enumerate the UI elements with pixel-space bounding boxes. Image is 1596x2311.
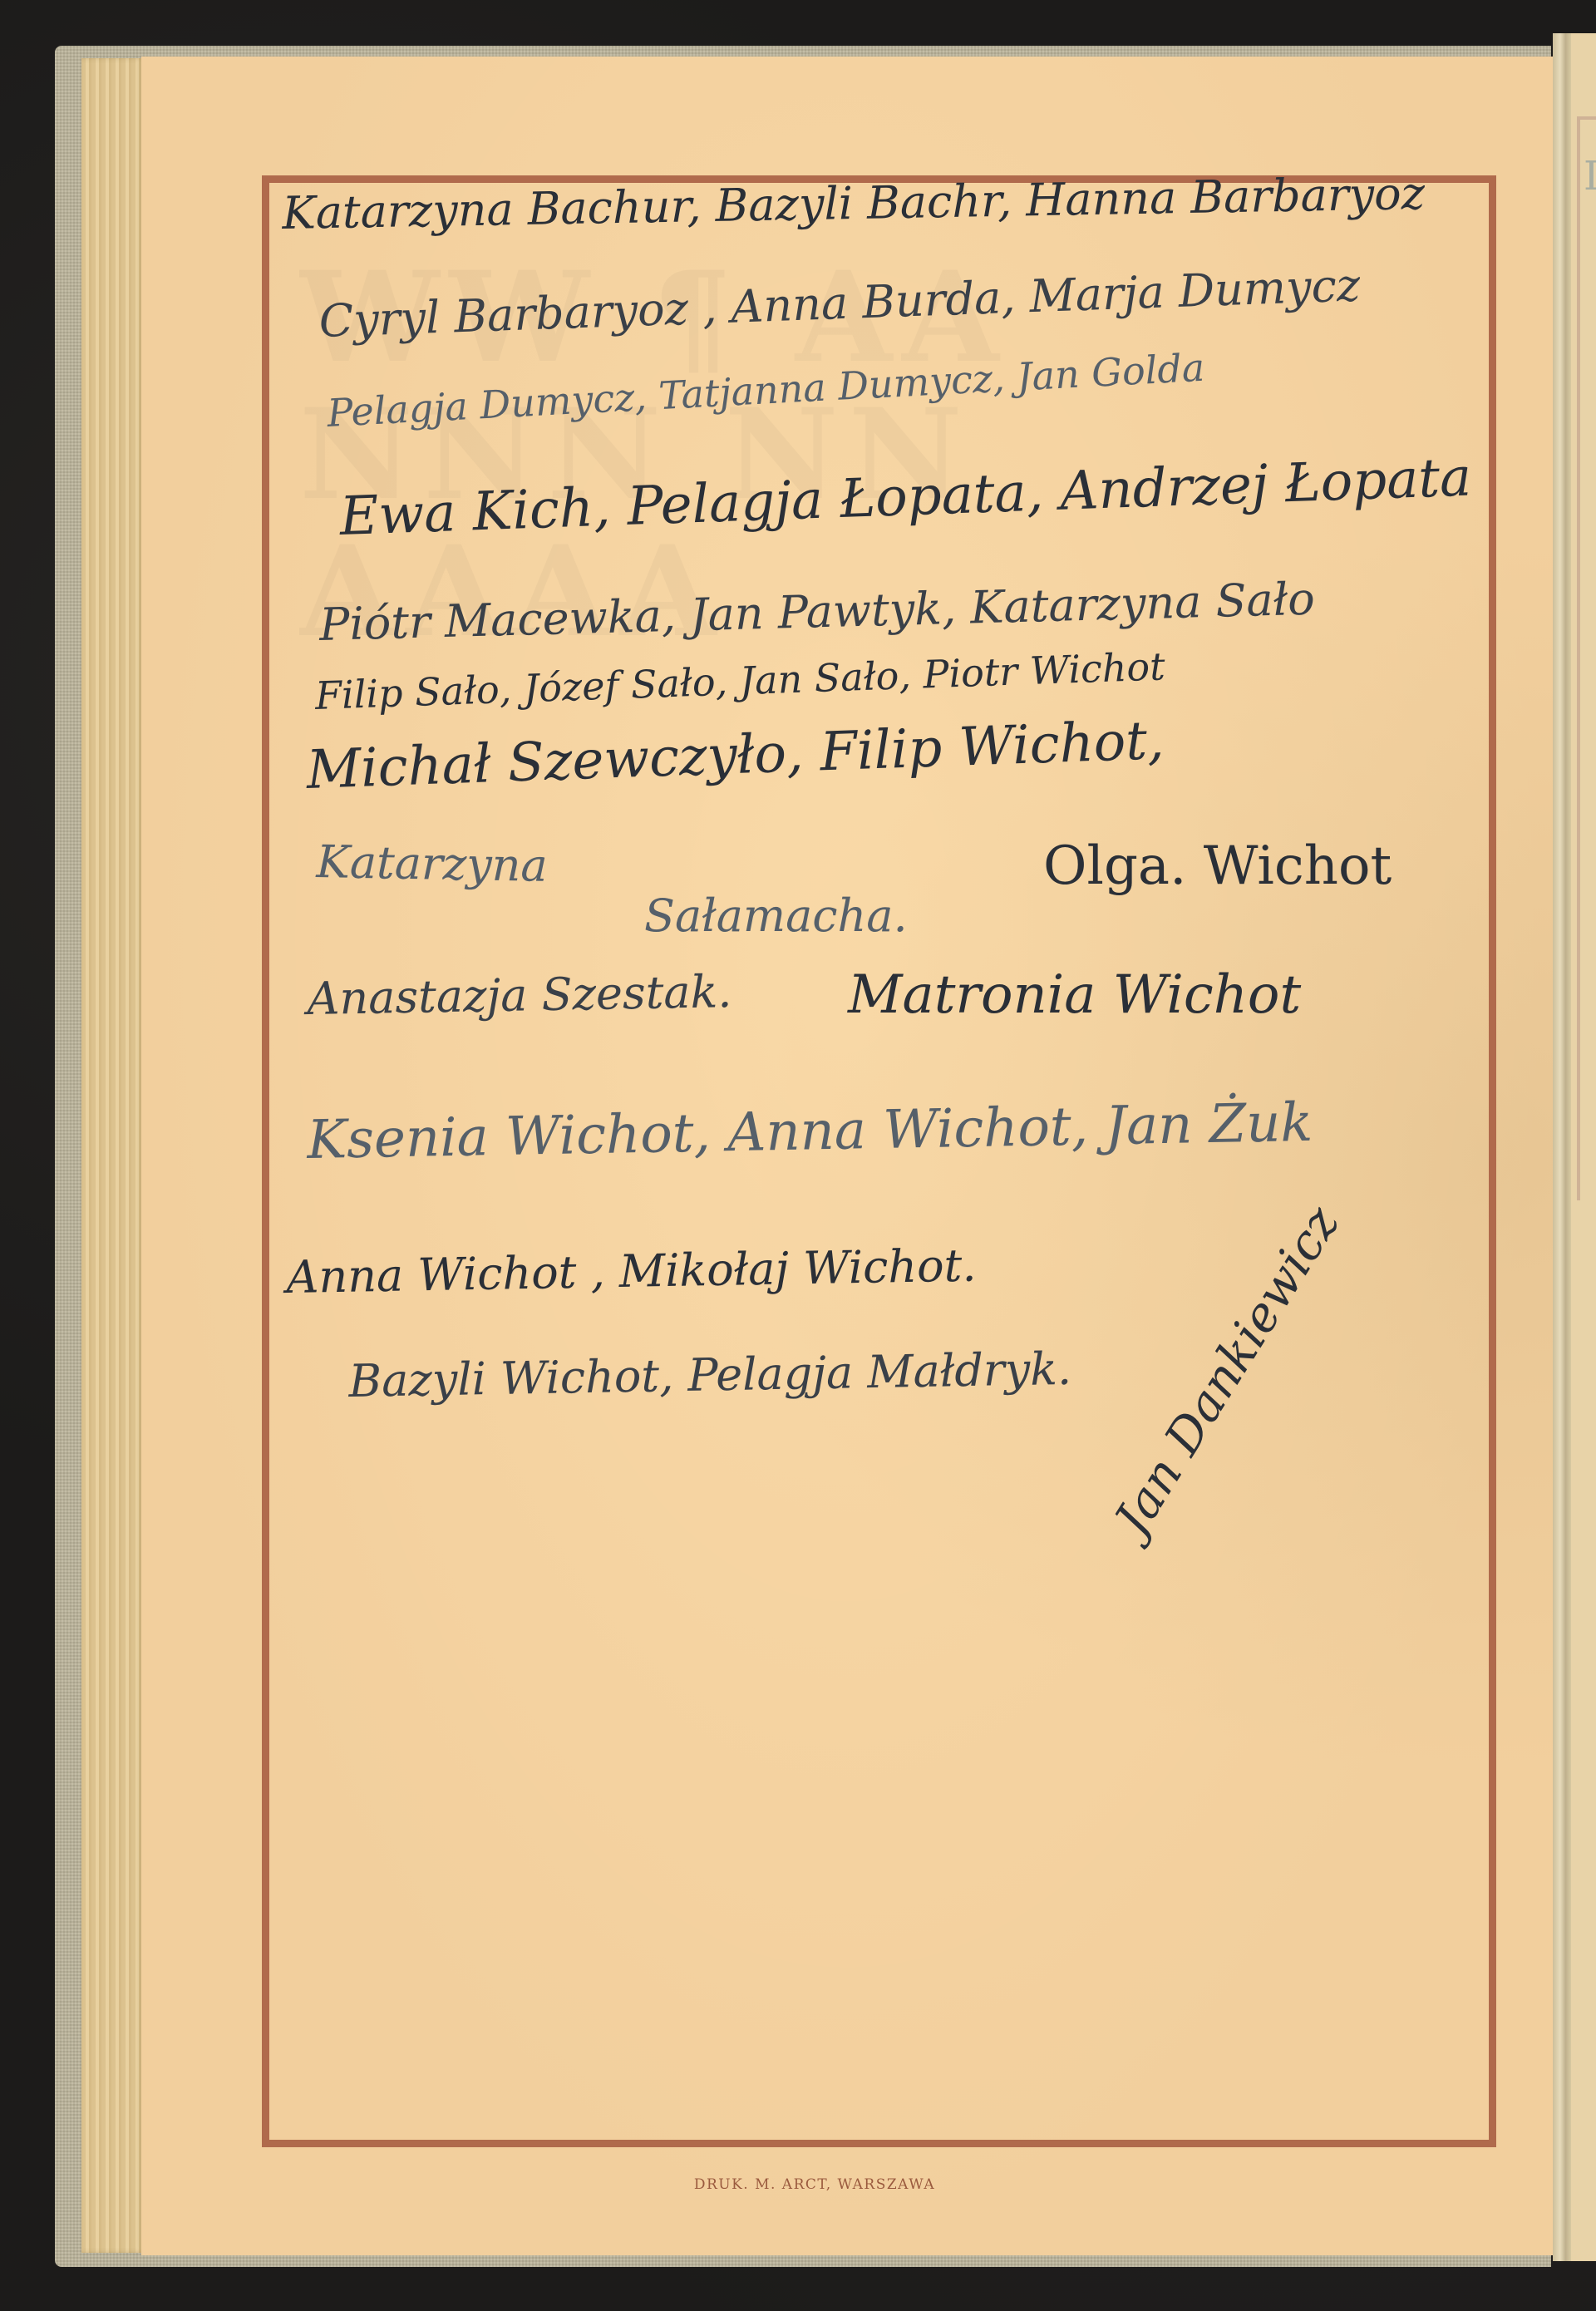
signature-line-8-given: Katarzyna xyxy=(316,835,548,892)
signature-line-8-surname: Sałamacha. xyxy=(644,889,908,942)
signature-line-9-first: Anastazja Szestak. xyxy=(307,965,732,1025)
book-gutter xyxy=(1553,33,1571,2261)
page-edges xyxy=(81,58,145,2253)
signature-line-9-second: Matronia Wichot xyxy=(848,964,1301,1026)
printer-imprint-text: DRUK. M. ARCT, WARSZAWA xyxy=(694,2176,935,2193)
next-page-ornament: Ⅰ xyxy=(1577,116,1596,1200)
printer-imprint: DRUK. M. ARCT, WARSZAWA xyxy=(0,2176,1596,2193)
signature-line-8-second: Olga. Wichot xyxy=(1043,835,1392,897)
